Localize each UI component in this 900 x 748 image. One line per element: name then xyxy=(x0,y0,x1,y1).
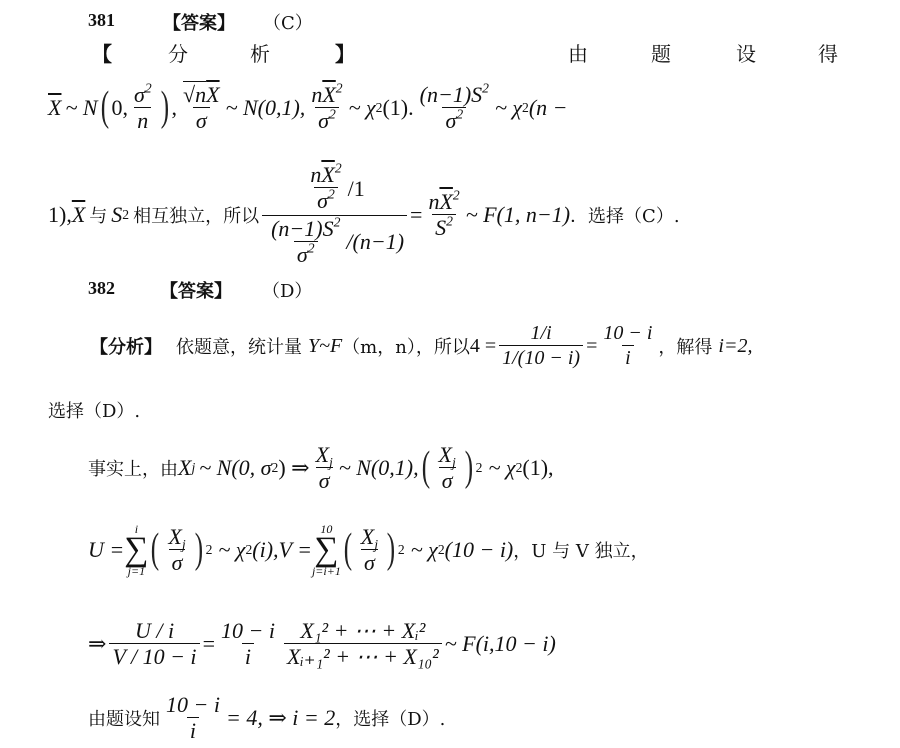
intro-char-4: 得 xyxy=(818,38,838,67)
equals: = xyxy=(203,631,215,657)
independent-text: ，U 与 V 独立， xyxy=(513,537,648,563)
u-v-line: U = i∑j=1 (Xjσ)2 ~ χ2 (i), V = 10∑j=i+1 … xyxy=(88,510,649,590)
fraction-sigma2-n: σ2 n xyxy=(131,82,155,135)
answer-tag-381: 【答案】 xyxy=(163,9,235,35)
equals: = xyxy=(410,202,422,228)
fraction-sqrtn-xbar: √nX σ xyxy=(180,82,223,135)
analysis-line-382: 【分析】 依题意，统计量 Y~F （m，n），所以 4 = 1/i 1/(10 … xyxy=(90,318,752,374)
v-var: V = xyxy=(279,537,312,563)
chi-i-df: (i), xyxy=(252,537,278,563)
fraction-n1s2-sigma2: (n−1)S2 σ2 xyxy=(417,82,492,135)
implies-arrow: ⇒ xyxy=(88,631,106,657)
implies: ) ⇒ xyxy=(278,455,309,481)
ratio-line: ⇒ U / iV / 10 − i = 10 − ii X₁² + ⋯ + Xᵢ… xyxy=(88,614,556,674)
zero: 0, xyxy=(111,95,128,121)
chi-i: ~ χ xyxy=(218,537,245,563)
final-eq: = 4, ⇒ i = 2 xyxy=(226,705,335,731)
analysis-close-bracket: 】 xyxy=(335,38,355,67)
comma: , xyxy=(172,95,178,121)
four-equals: 4 = xyxy=(470,335,496,358)
chi-10: ~ χ xyxy=(411,537,438,563)
f-distribution: ~ F(1, n−1) xyxy=(466,202,570,228)
choose-d-line: 选择（D）. xyxy=(48,397,140,423)
fraction-ui-vi: U / iV / 10 − i xyxy=(109,618,199,671)
final-line: 由题设知 10 − ii = 4, ⇒ i = 2 ，选择（D）. xyxy=(88,690,445,746)
fraction-xj-sigma: Xjσ xyxy=(313,442,336,495)
big-fraction: nX2σ2/1 (n−1)S2σ2/(n−1) xyxy=(262,162,407,268)
u-var: U = xyxy=(88,537,124,563)
choose-d: ，选择（D）. xyxy=(335,705,445,731)
std-normal: ~ N(0,1), xyxy=(226,95,306,121)
intro-char-1: 由 xyxy=(568,38,588,67)
normal: ~ N(0, σ xyxy=(199,455,271,481)
answer-tag-382: 【答案】 xyxy=(160,277,232,303)
independent-text: 相互独立，所以 xyxy=(133,202,259,228)
choose-c: ．选择（C）. xyxy=(570,202,680,228)
final-lead: 由题设知 xyxy=(88,705,160,731)
chi-10-df: (10 − i) xyxy=(445,537,514,563)
fraction-10i: 10 − i i xyxy=(600,322,655,370)
analysis-text: 依题意，统计量 xyxy=(176,333,302,359)
question-number-382: 382 xyxy=(88,278,115,299)
analysis-tag-382: 【分析】 xyxy=(90,333,162,359)
statistic: Y~F xyxy=(308,335,342,358)
answer-value-381: （C） xyxy=(263,9,313,35)
chi-df-n: (n − xyxy=(529,95,568,121)
fact-lead: 事实上，由 xyxy=(88,455,178,481)
left-paren: ( xyxy=(100,91,108,124)
analysis-char-1: 分 xyxy=(168,38,188,67)
question-number-381: 381 xyxy=(88,10,115,31)
xbar: X xyxy=(72,202,85,228)
params: （m，n），所以 xyxy=(342,333,470,359)
and-text: 与 xyxy=(89,202,107,228)
f-distribution: ~ F(i,10 − i) xyxy=(445,631,556,657)
sum-2: 10∑j=i+1 xyxy=(312,523,341,578)
analysis-open-bracket: 【 xyxy=(92,38,112,67)
equals: = xyxy=(586,335,597,358)
fraction-final: 10 − ii xyxy=(163,692,223,745)
fraction-nx2-sigma2: nX2 σ2 xyxy=(308,82,345,135)
i-value: i=2, xyxy=(718,335,752,358)
formula-line-381-1: X ~ N ( 0, σ2 n ) , √nX σ ~ N(0,1), nX2 … xyxy=(48,78,568,138)
fraction-1i: 1/i 1/(10 − i) xyxy=(499,322,583,370)
std-normal: ~ N(0,1), xyxy=(339,455,419,481)
solve-text: ，解得 xyxy=(658,333,712,359)
intro-char-2: 题 xyxy=(651,38,671,67)
chi-square: ~ χ xyxy=(349,95,376,121)
formula-line-381-2: 1), X 与 S2 相互独立，所以 nX2σ2/1 (n−1)S2σ2/(n−… xyxy=(48,165,680,265)
analysis-char-2: 析 xyxy=(250,38,270,67)
chi-square-2: ~ χ xyxy=(495,95,522,121)
fact-line: 事实上，由 Xj ~ N(0, σ2 ) ⇒ Xjσ ~ N(0,1), (Xj… xyxy=(88,436,554,500)
intro-char-3: 设 xyxy=(736,38,756,67)
answer-value-382: （D） xyxy=(262,277,312,303)
fraction-coef: 10 − ii xyxy=(218,618,278,671)
xj: X xyxy=(178,455,191,481)
chi-square: ~ χ xyxy=(488,455,515,481)
normal-dist: ~ N xyxy=(65,95,97,121)
xbar: X xyxy=(48,95,61,121)
lead: 1), xyxy=(48,202,72,228)
fraction-nx2-s2: nX2 S2 xyxy=(425,189,462,242)
right-paren: ) xyxy=(160,91,168,124)
fraction-sums: X₁² + ⋯ + Xᵢ²Xᵢ₊₁² + ⋯ + X₁₀² xyxy=(284,618,442,671)
chi-df: (1), xyxy=(522,455,553,481)
chi-df-1: (1). xyxy=(382,95,413,121)
sum-1: i∑j=1 xyxy=(124,523,148,578)
s-var: S xyxy=(111,202,122,228)
